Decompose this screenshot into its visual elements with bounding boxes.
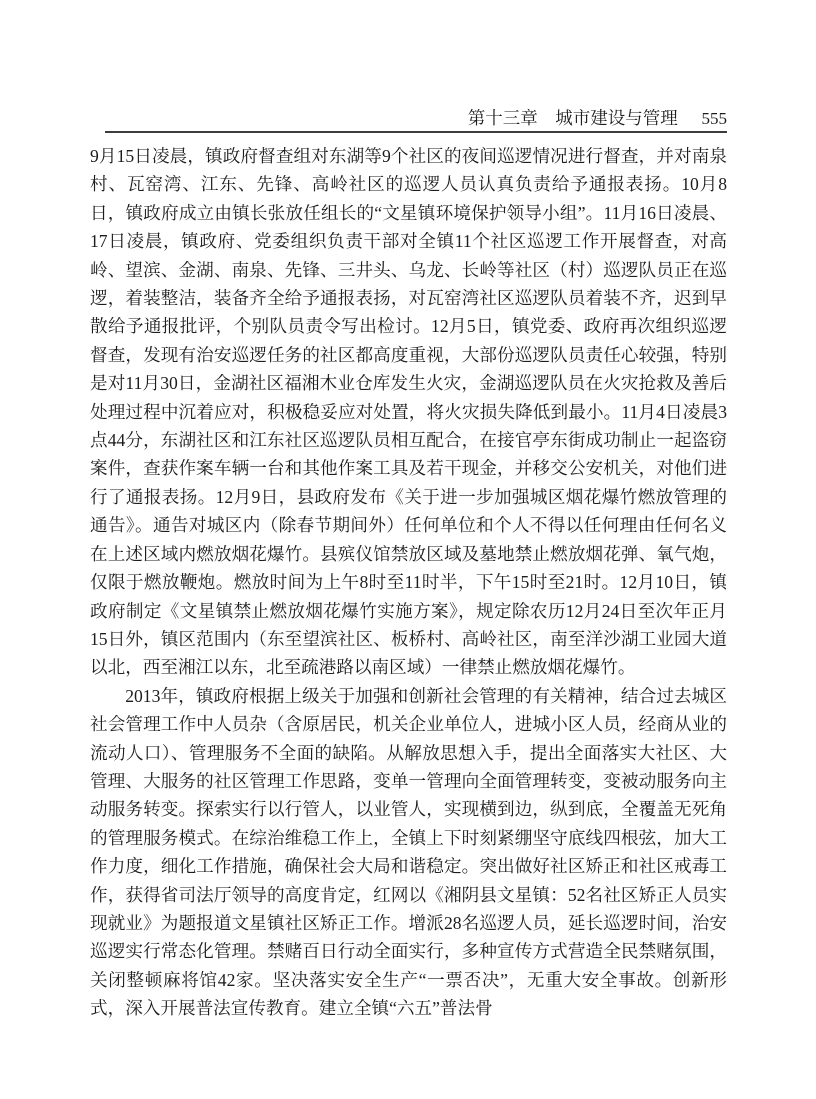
- paragraph-2013: 2013年，镇政府根据上级关于加强和创新社会管理的有关精神，结合过去城区社会管理…: [90, 682, 727, 1023]
- section-title: 城市建设与管理: [555, 108, 678, 128]
- chapter-label: 第十三章: [468, 108, 538, 128]
- body-text: 9月15日凌晨，镇政府督查组对东湖等9个社区的夜间巡逻情况进行督查，并对南泉村、…: [90, 142, 727, 1023]
- running-header: 第十三章城市建设与管理555: [90, 107, 727, 130]
- page-number: 555: [702, 109, 728, 128]
- header-rule-divider: [105, 131, 727, 133]
- paragraph-continuation: 9月15日凌晨，镇政府督查组对东湖等9个社区的夜间巡逻情况进行督查，并对南泉村、…: [90, 142, 727, 682]
- book-page: 第十三章城市建设与管理555 9月15日凌晨，镇政府督查组对东湖等9个社区的夜间…: [0, 0, 816, 1099]
